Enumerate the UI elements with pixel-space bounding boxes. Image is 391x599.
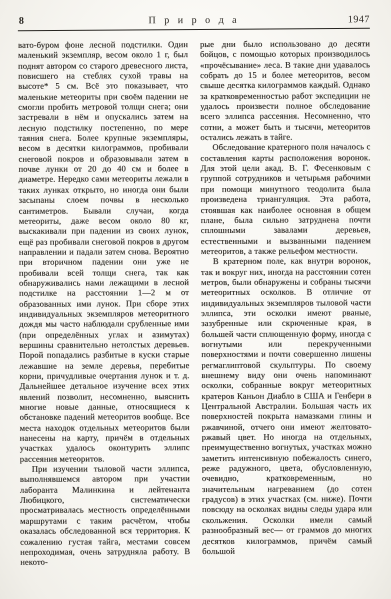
left-column: вато-буром фоне лесной подстилки. Один м…	[18, 39, 190, 567]
journal-page-scan: 8 П р и р о д а 1947 вато-буром фоне лес…	[0, 0, 391, 599]
paragraph-continuation: рые дни было использовано до десяти бойц…	[200, 38, 370, 142]
paragraph-continuation: вато-буром фоне лесной подстилки. Один м…	[18, 39, 190, 464]
paragraph: При изучении тыловой части эллипса, выпо…	[20, 463, 190, 567]
text-columns: вато-буром фоне лесной подстилки. Один м…	[18, 38, 372, 567]
issue-year: 1947	[348, 13, 370, 27]
paragraph: В кратерном поле, как внутри воронок, та…	[201, 255, 372, 556]
page-content: 8 П р и р о д а 1947 вато-буром фоне лес…	[18, 13, 372, 567]
page-header: 8 П р и р о д а 1947	[18, 13, 370, 29]
paragraph: Обследование кратерного поля началось с …	[200, 142, 370, 257]
journal-title: П р и р о д а	[18, 13, 370, 29]
right-column: рые дни было использовано до десяти бойц…	[200, 38, 372, 566]
